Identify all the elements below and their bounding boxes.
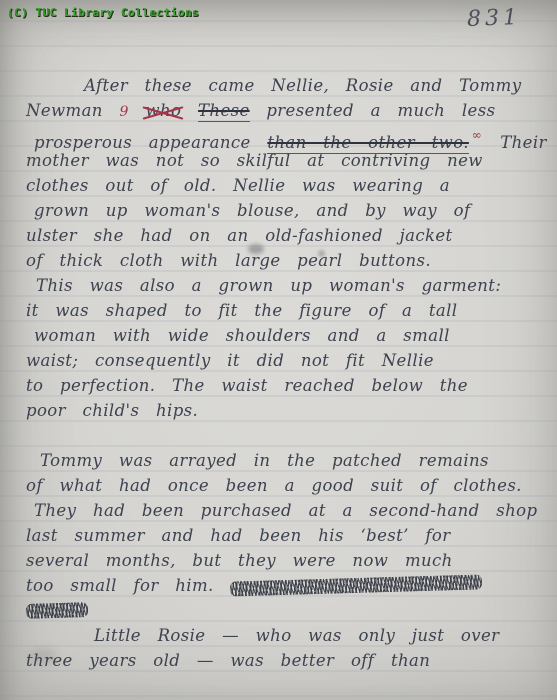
handwritten-text: Little Rosie — who was only just over: [94, 626, 499, 645]
handwritten-text: three years old — was better off than: [26, 651, 430, 670]
manuscript-line: too small for him.: [22, 573, 535, 598]
handwritten-text: several months, but they were now much: [26, 551, 453, 570]
manuscript-line: [22, 423, 535, 448]
library-watermark: (C) TUC Library Collections: [7, 6, 199, 19]
handwritten-text: of what had once been a good suit of clo…: [26, 476, 522, 495]
manuscript-line: waist; consequently it did not fit Nelli…: [22, 348, 535, 373]
manuscript-line: prosperous appearance than the other two…: [22, 123, 535, 148]
handwritten-text: mother was not so skilful at contriving …: [26, 151, 483, 170]
manuscript-line: They had been purchased at a second-hand…: [22, 498, 535, 523]
manuscript-line: of thick cloth with large pearl buttons.: [22, 248, 535, 273]
manuscript-line: Little Rosie — who was only just over: [22, 623, 535, 648]
manuscript-line: three years old — was better off than: [22, 648, 535, 673]
handwritten-text: to perfection. The waist reached below t…: [26, 376, 468, 395]
scribbled-out-text: [26, 602, 88, 619]
handwritten-text: They had been purchased at a second-hand…: [34, 501, 537, 520]
handwritten-text: of thick cloth with large pearl buttons.: [26, 251, 431, 270]
manuscript-line: clothes out of old. Nellie was wearing a: [22, 173, 535, 198]
handwritten-text: clothes out of old. Nellie was wearing a: [26, 176, 450, 195]
red-crossed-out-word: who: [145, 98, 181, 123]
manuscript-line: mother was not so skilful at contriving …: [22, 148, 535, 173]
handwritten-text: woman with wide shoulders and a small: [34, 326, 450, 345]
handwritten-text: This was also a grown up woman's garment…: [36, 276, 501, 295]
page-number: 831: [467, 5, 522, 32]
manuscript-line: poor child's hips.: [22, 398, 535, 423]
manuscript-line: [22, 598, 535, 623]
manuscript-line: Newman 9 who These presented a much less: [22, 98, 535, 123]
handwritten-text: Tommy was arrayed in the patched remains: [40, 451, 489, 470]
manuscript-body: After these came Nellie, Rosie and Tommy…: [22, 73, 535, 673]
manuscript-line: several months, but they were now much: [22, 548, 535, 573]
handwritten-text: presented a much less: [266, 101, 495, 120]
manuscript-line: grown up woman's blouse, and by way of: [22, 198, 535, 223]
manuscript-line: After these came Nellie, Rosie and Tommy: [22, 73, 535, 98]
handwritten-text: ulster she had on an old-fashioned jacke…: [26, 226, 453, 245]
red-deletion-squiggle: ∞: [472, 128, 482, 142]
manuscript-line: This was also a grown up woman's garment…: [22, 273, 535, 298]
manuscript-line: it was shaped to fit the figure of a tal…: [22, 298, 535, 323]
handwritten-text: it was shaped to fit the figure of a tal…: [26, 301, 458, 320]
manuscript-line: to perfection. The waist reached below t…: [22, 373, 535, 398]
red-correction-mark: 9: [120, 104, 129, 120]
handwritten-text: waist; consequently it did not fit Nelli…: [26, 351, 434, 370]
manuscript-line: Tommy was arrayed in the patched remains: [22, 448, 535, 473]
manuscript-line: woman with wide shoulders and a small: [22, 323, 535, 348]
handwritten-text: too small for him.: [26, 576, 214, 595]
scribbled-out-text: [230, 574, 482, 596]
struck-through-phrase: These: [198, 101, 250, 122]
handwritten-text: After these came Nellie, Rosie and Tommy: [84, 76, 521, 95]
manuscript-line: last summer and had been his ‘best’ for: [22, 523, 535, 548]
handwritten-text: grown up woman's blouse, and by way of: [34, 201, 471, 220]
handwritten-text: Their: [500, 133, 547, 152]
handwritten-text: poor child's hips.: [26, 401, 198, 420]
manuscript-line: ulster she had on an old-fashioned jacke…: [22, 223, 535, 248]
handwritten-text: Newman: [26, 101, 103, 120]
handwritten-text: last summer and had been his ‘best’ for: [26, 526, 451, 545]
manuscript-line: of what had once been a good suit of clo…: [22, 473, 535, 498]
